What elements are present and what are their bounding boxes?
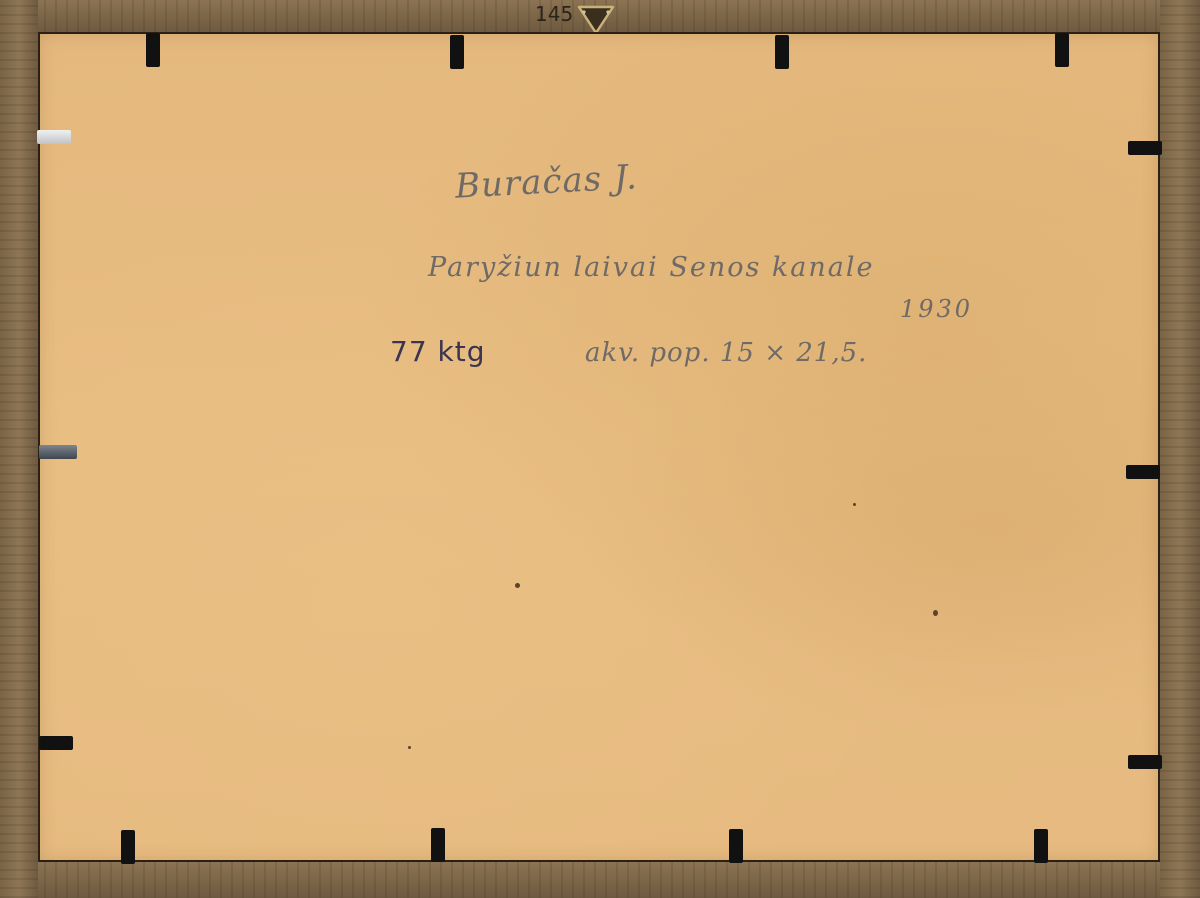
medium-size-inscription: akv. pop. 15 × 21,5. — [585, 338, 867, 368]
artist-inscription: Buračas J. — [454, 157, 639, 207]
retaining-clip — [775, 35, 789, 69]
retaining-clip-metal — [37, 130, 71, 144]
title-inscription: Paryžiun laivai Senos kanale — [428, 252, 875, 283]
retaining-clip — [1055, 33, 1069, 67]
retaining-clip — [121, 830, 135, 864]
frame-bottom-rail — [0, 862, 1200, 898]
picture-frame: 145 Buračas J. Paryžiun laivai Senos kan… — [0, 0, 1200, 898]
stain-speck — [515, 583, 520, 588]
stain-speck — [933, 610, 938, 616]
stain-speck — [408, 746, 411, 749]
retaining-clip — [1128, 755, 1162, 769]
backing-board: Buračas J. Paryžiun laivai Senos kanale … — [38, 32, 1160, 862]
retaining-clip — [450, 35, 464, 69]
retaining-clip — [146, 33, 160, 67]
retaining-clip — [1126, 465, 1160, 479]
retaining-clip — [431, 828, 445, 862]
retaining-clip — [39, 736, 73, 750]
retaining-clip — [1128, 141, 1162, 155]
retaining-clip — [1034, 829, 1048, 863]
retaining-clip-metal — [39, 445, 77, 459]
frame-number: 145 — [535, 2, 573, 26]
retaining-clip — [729, 829, 743, 863]
stain-speck — [853, 503, 856, 506]
year-inscription: 1930 — [900, 295, 973, 323]
frame-right-rail — [1160, 0, 1200, 898]
inventory-number: 77 ktg — [390, 335, 486, 368]
frame-left-rail — [0, 0, 38, 898]
